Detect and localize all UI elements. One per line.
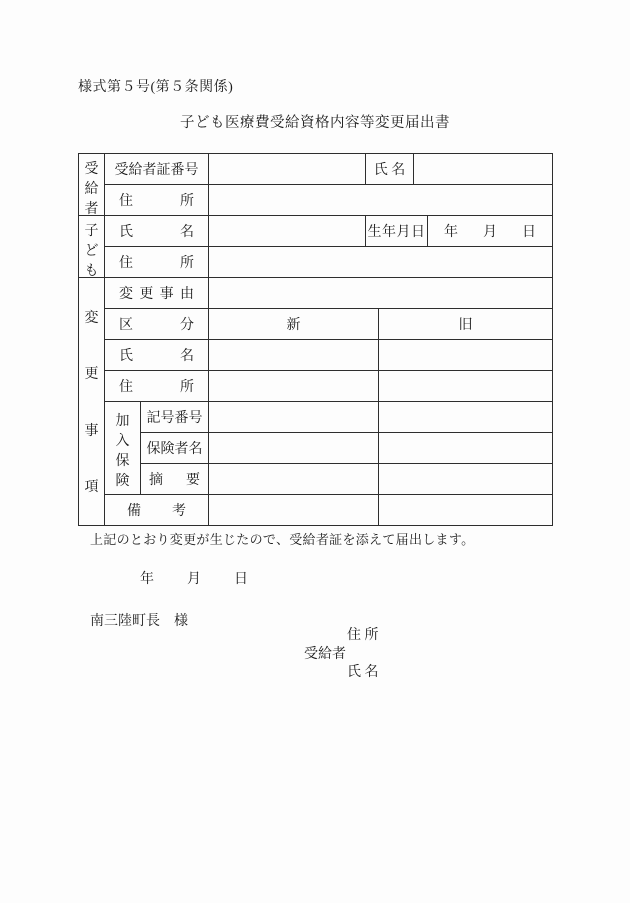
form-number: 様式第５号(第５条関係) bbox=[78, 76, 233, 96]
column-header-new: 新 bbox=[209, 309, 379, 340]
applicant-address-label: 住 所 bbox=[347, 624, 379, 644]
child-birthdate-value: 年月日 bbox=[428, 216, 553, 247]
change-name-old-value bbox=[379, 340, 553, 371]
change-reason-label: 変更事由 bbox=[105, 278, 209, 309]
change-address-new-value bbox=[209, 371, 379, 402]
change-notification-table: 受給者 受給者証番号 氏 名 住所 子ども 氏名 bbox=[78, 153, 553, 526]
remarks-new-value bbox=[209, 495, 379, 526]
insurance-symbol-new-value bbox=[209, 402, 379, 433]
child-group-header: 子ども bbox=[79, 216, 105, 278]
insurance-symbol-old-value bbox=[379, 402, 553, 433]
remarks-old-value bbox=[379, 495, 553, 526]
table-row: 子ども 氏名 生年月日 年月日 bbox=[79, 216, 553, 247]
recipient-name-label: 氏 名 bbox=[366, 154, 414, 185]
change-address-label: 住所 bbox=[105, 371, 209, 402]
recipient-name-value bbox=[414, 154, 553, 185]
table-row: 住所 bbox=[79, 247, 553, 278]
document-title: 子ども医療費受給資格内容等変更届出書 bbox=[0, 111, 630, 132]
change-address-old-value bbox=[379, 371, 553, 402]
table-row: 住所 bbox=[79, 185, 553, 216]
child-address-label: 住所 bbox=[105, 247, 209, 278]
table-row: 区分 新 旧 bbox=[79, 309, 553, 340]
table-row: 加入保険 記号番号 bbox=[79, 402, 553, 433]
recipient-address-value bbox=[209, 185, 553, 216]
recipient-cert-number-value bbox=[209, 154, 366, 185]
table-row: 備考 bbox=[79, 495, 553, 526]
form-document-page: 様式第５号(第５条関係) 子ども医療費受給資格内容等変更届出書 受給者 受給者証… bbox=[0, 0, 630, 903]
recipient-address-label: 住所 bbox=[105, 185, 209, 216]
child-name-value bbox=[209, 216, 366, 247]
change-category-label: 区分 bbox=[105, 309, 209, 340]
table-row: 保険者名 bbox=[79, 433, 553, 464]
applicant-name-label: 氏 名 bbox=[347, 661, 379, 681]
table-row: 住所 bbox=[79, 371, 553, 402]
column-header-old: 旧 bbox=[379, 309, 553, 340]
insurance-summary-old-value bbox=[379, 464, 553, 495]
declaration-text: 上記のとおり変更が生じたので、受給者証を添えて届出します。 bbox=[90, 529, 474, 548]
applicant-label: 受給者 bbox=[304, 643, 346, 663]
insurance-group-label: 加入保険 bbox=[105, 403, 140, 493]
child-name-label: 氏名 bbox=[105, 216, 209, 247]
table-row: 氏名 bbox=[79, 340, 553, 371]
recipient-cert-number-label: 受給者証番号 bbox=[105, 154, 209, 185]
child-birthdate-label: 生年月日 bbox=[366, 216, 428, 247]
change-name-new-value bbox=[209, 340, 379, 371]
changes-group-label: 変更事項 bbox=[79, 279, 104, 525]
recipient-group-label: 受給者 bbox=[79, 155, 104, 215]
remarks-label: 備考 bbox=[105, 495, 209, 526]
insurer-name-new-value bbox=[209, 433, 379, 464]
insurance-group-header: 加入保険 bbox=[105, 402, 141, 495]
insurer-name-old-value bbox=[379, 433, 553, 464]
table-row: 変更事項 変更事由 bbox=[79, 278, 553, 309]
change-reason-value bbox=[209, 278, 553, 309]
recipient-group-header: 受給者 bbox=[79, 154, 105, 216]
change-name-label: 氏名 bbox=[105, 340, 209, 371]
table-row: 摘要 bbox=[79, 464, 553, 495]
child-address-value bbox=[209, 247, 553, 278]
insurer-name-label: 保険者名 bbox=[141, 433, 209, 464]
addressee-mayor: 南三陸町長 様 bbox=[90, 610, 188, 630]
insurance-summary-new-value bbox=[209, 464, 379, 495]
insurance-symbol-label: 記号番号 bbox=[141, 402, 209, 433]
changes-group-header: 変更事項 bbox=[79, 278, 105, 526]
child-group-label: 子ども bbox=[79, 217, 104, 277]
table-row: 受給者 受給者証番号 氏 名 bbox=[79, 154, 553, 185]
insurance-summary-label: 摘要 bbox=[141, 464, 209, 495]
submission-date-fields: 年月日 bbox=[140, 568, 248, 588]
